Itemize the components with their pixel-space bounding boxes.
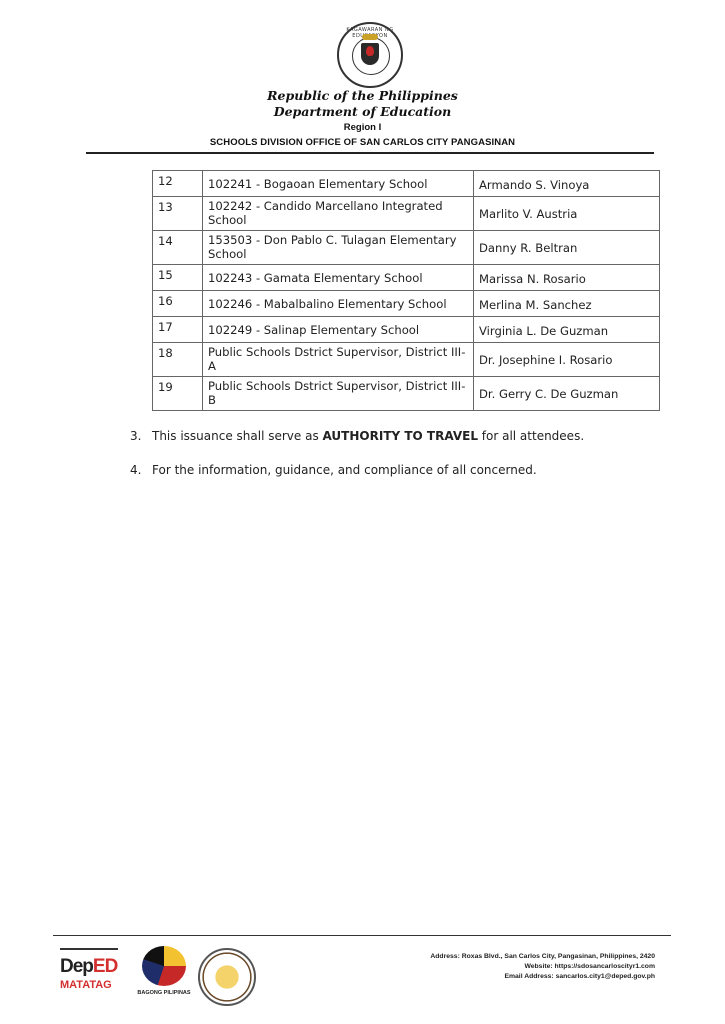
attendee-name-cell: Marlito V. Austria [474, 197, 660, 231]
paragraph-4: 4.For the information, guidance, and com… [130, 463, 537, 477]
table-row: 19Public Schools Dstrict Supervisor, Dis… [153, 377, 660, 411]
attendee-name-cell: Dr. Gerry C. De Guzman [474, 377, 660, 411]
attendee-name-cell: Danny R. Beltran [474, 231, 660, 265]
row-number: 15 [153, 265, 203, 291]
school-cell: Public Schools Dstrict Supervisor, Distr… [203, 377, 474, 411]
attendees-table: 12102241 - Bogaoan Elementary SchoolArma… [152, 170, 660, 411]
table-row: 15102243 - Gamata Elementary SchoolMaris… [153, 265, 660, 291]
region-heading: Region I [0, 122, 725, 133]
header-divider [86, 152, 654, 154]
school-cell: 102249 - Salinap Elementary School [203, 317, 474, 343]
deped-wordmark: DepED [60, 956, 122, 978]
table-row: 16102246 - Mabalbalino Elementary School… [153, 291, 660, 317]
deped-wordmark-ed: ED [93, 956, 117, 977]
attendee-name-cell: Armando S. Vinoya [474, 171, 660, 197]
row-number: 17 [153, 317, 203, 343]
paragraph-text: This issuance shall serve as [152, 429, 323, 443]
row-number: 16 [153, 291, 203, 317]
footer-website[interactable]: Website: https://sdosancarloscityr1.com [524, 963, 655, 970]
logo-bar [60, 948, 118, 950]
paragraph-number: 4. [130, 463, 152, 477]
table-row: 18Public Schools Dstrict Supervisor, Dis… [153, 343, 660, 377]
school-cell: 102246 - Mabalbalino Elementary School [203, 291, 474, 317]
table-row: 14153503 - Don Pablo C. Tulagan Elementa… [153, 231, 660, 265]
authority-to-travel-text: AUTHORITY TO TRAVEL [323, 429, 478, 443]
row-number: 12 [153, 171, 203, 197]
footer-email[interactable]: Email Address: sancarlos.city1@deped.gov… [504, 973, 655, 980]
table-row: 17102249 - Salinap Elementary SchoolVirg… [153, 317, 660, 343]
school-cell: 102243 - Gamata Elementary School [203, 265, 474, 291]
seal-torch-icon [366, 46, 374, 56]
attendee-name-cell: Merlina M. Sanchez [474, 291, 660, 317]
deped-seal-logo: KAGAWARAN NG EDUKASYON [337, 22, 403, 88]
matatag-wordmark: MATATAG [60, 979, 122, 991]
footer-address: Address: Roxas Blvd., San Carlos City, P… [430, 953, 655, 960]
attendee-name-cell: Dr. Josephine I. Rosario [474, 343, 660, 377]
row-number: 19 [153, 377, 203, 411]
bagong-pilipinas-logo: BAGONG PILIPINAS [135, 946, 193, 996]
row-number: 18 [153, 343, 203, 377]
row-number: 14 [153, 231, 203, 265]
table-row: 12102241 - Bogaoan Elementary SchoolArma… [153, 171, 660, 197]
table-row: 13102242 - Candido Marcellano Integrated… [153, 197, 660, 231]
paragraph-text: For the information, guidance, and compl… [152, 463, 537, 477]
school-cell: 102241 - Bogaoan Elementary School [203, 171, 474, 197]
republic-heading: Republic of the Philippines [0, 88, 725, 103]
paragraph-text-end: for all attendees. [478, 429, 584, 443]
deped-matatag-logo: DepED MATATAG [60, 948, 122, 991]
school-cell: 153503 - Don Pablo C. Tulagan Elementary… [203, 231, 474, 265]
office-heading: SCHOOLS DIVISION OFFICE OF SAN CARLOS CI… [0, 137, 725, 148]
department-heading: Department of Education [0, 104, 725, 119]
bagong-pilipinas-label: BAGONG PILIPINAS [135, 990, 193, 996]
paragraph-number: 3. [130, 429, 152, 443]
attendee-name-cell: Marissa N. Rosario [474, 265, 660, 291]
sdo-seal-logo [198, 948, 256, 1006]
row-number: 13 [153, 197, 203, 231]
paragraph-3: 3.This issuance shall serve as AUTHORITY… [130, 429, 584, 443]
footer-divider [53, 935, 671, 936]
school-cell: Public Schools Dstrict Supervisor, Distr… [203, 343, 474, 377]
bagong-pilipinas-sun-icon [142, 946, 186, 986]
school-cell: 102242 - Candido Marcellano Integrated S… [203, 197, 474, 231]
seal-lamp-icon [362, 34, 378, 40]
deped-wordmark-dep: Dep [60, 956, 93, 977]
attendee-name-cell: Virginia L. De Guzman [474, 317, 660, 343]
